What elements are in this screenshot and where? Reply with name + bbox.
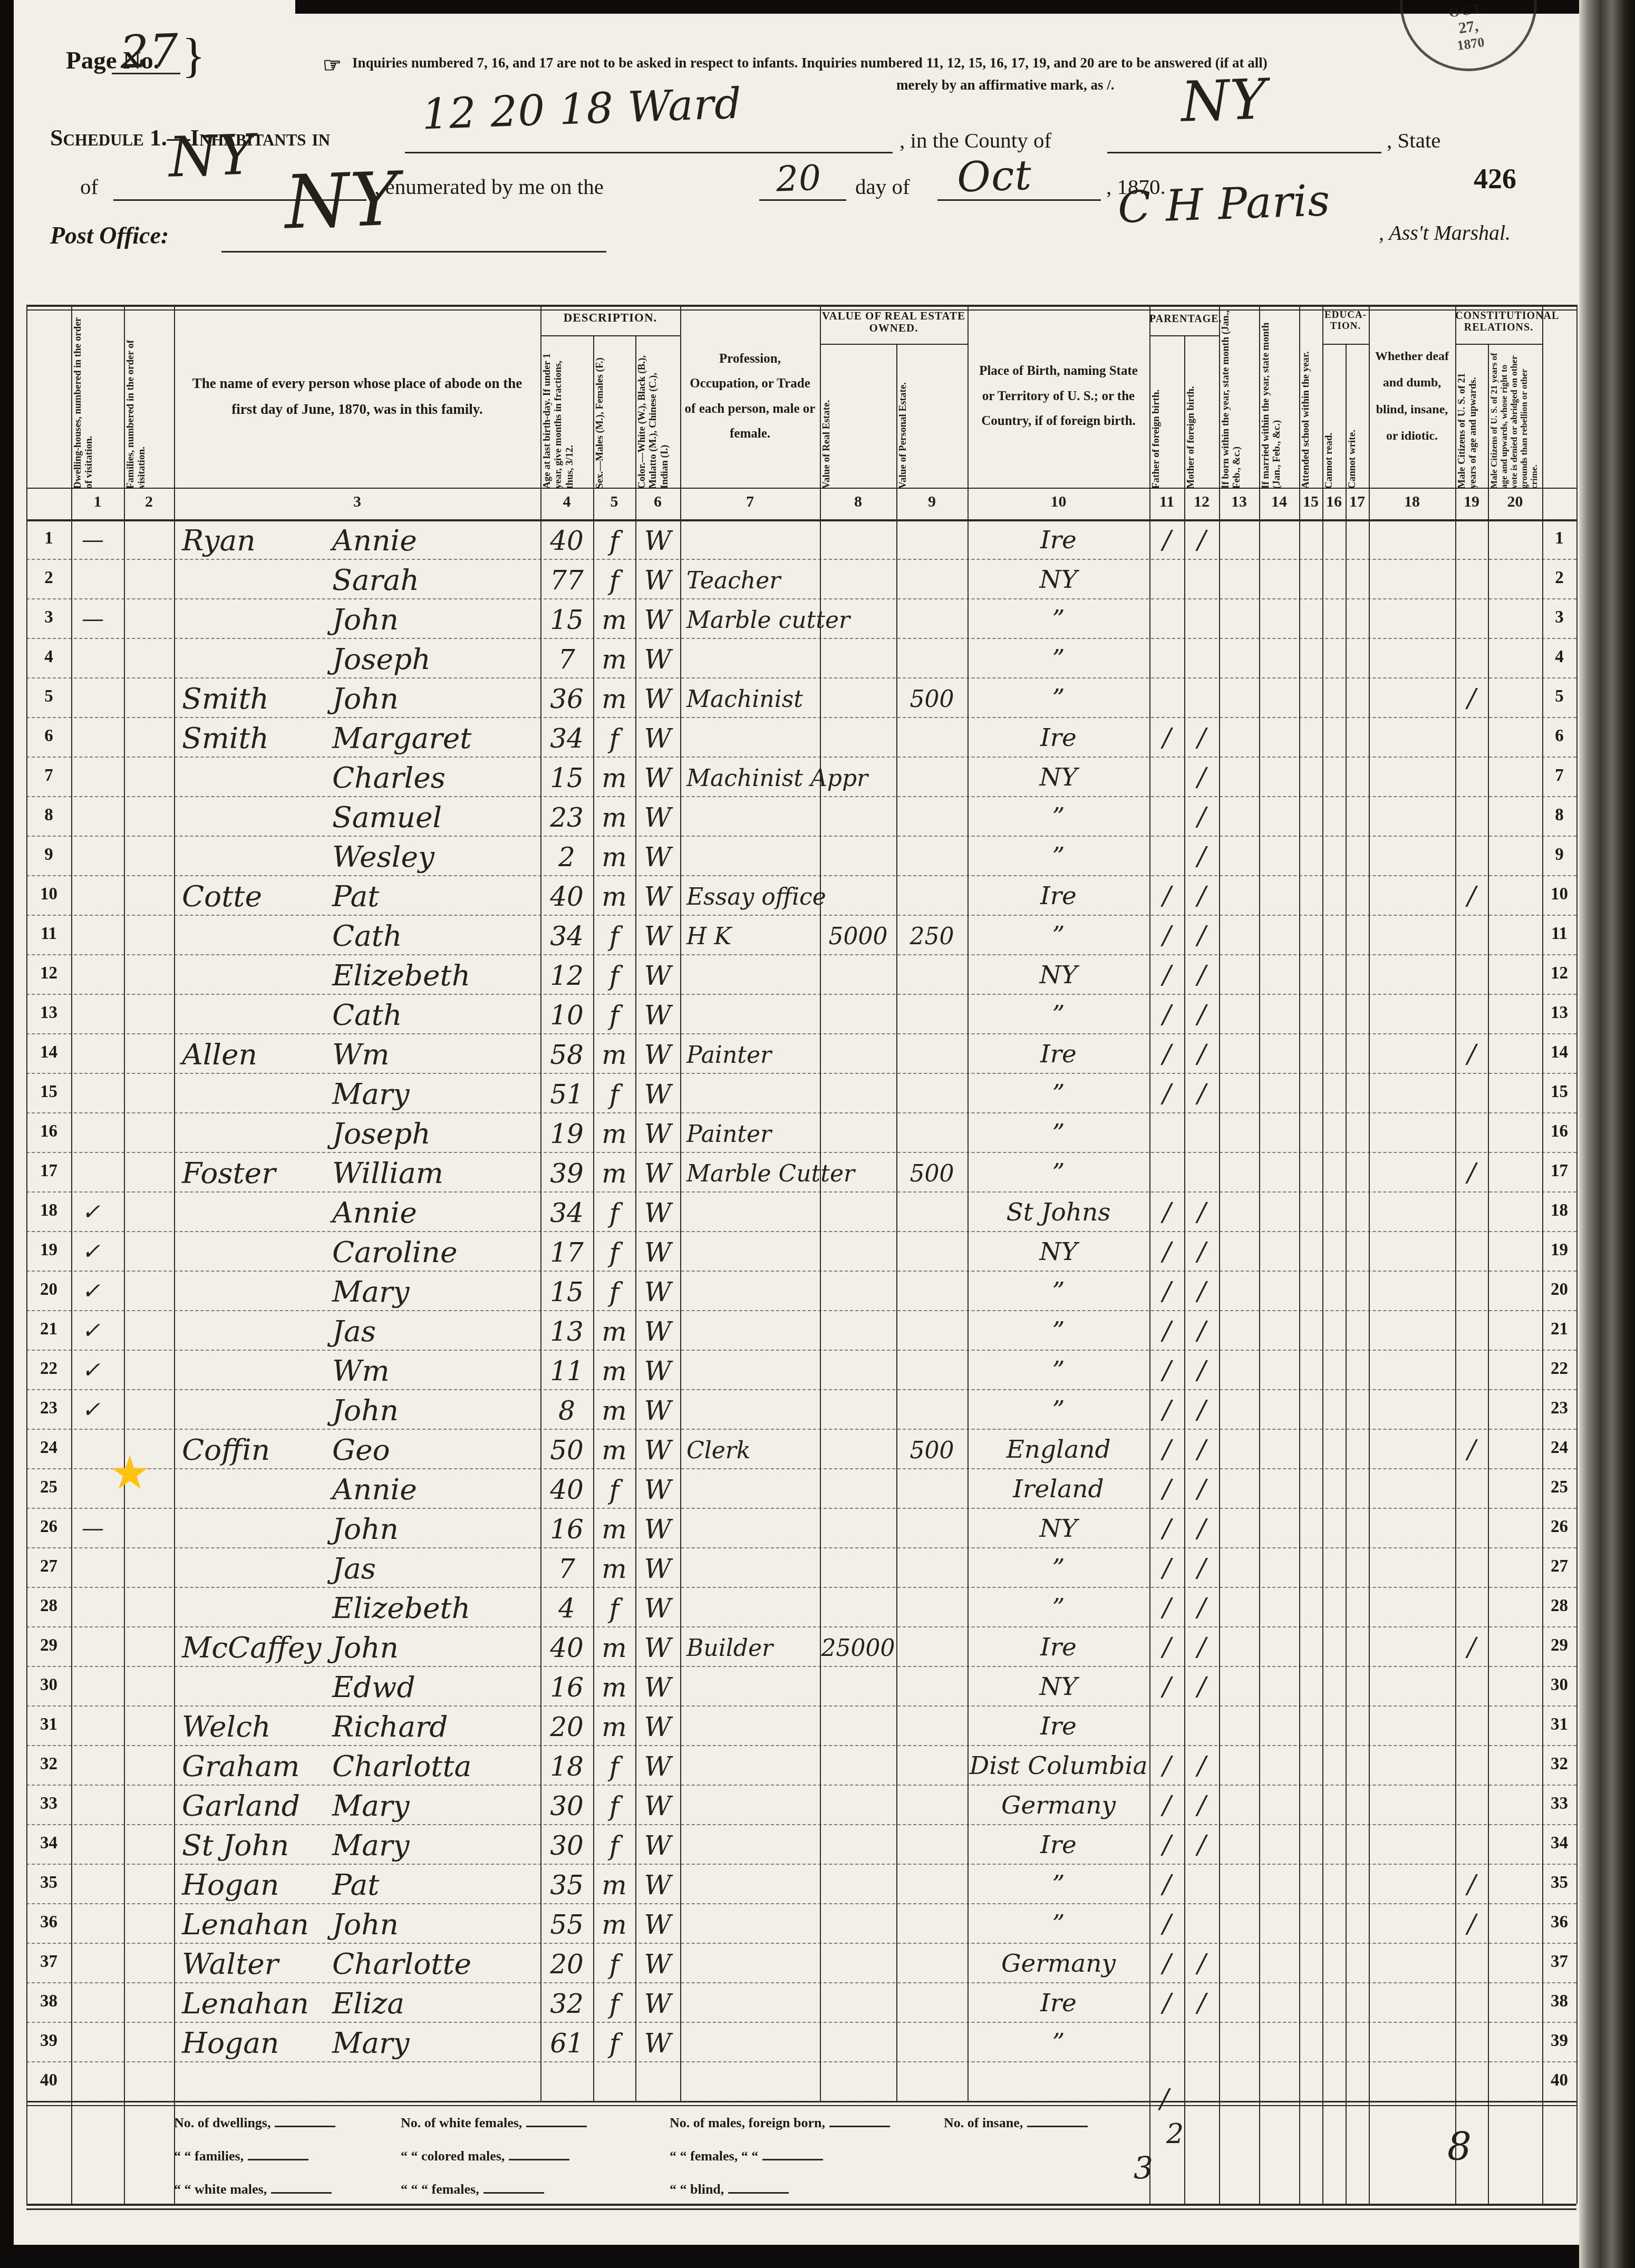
column-header-20: Male Citizens of U. S. of 21 years of ag… [1489, 348, 1541, 492]
cell-sex: f [593, 1949, 635, 1980]
cell-age: 32 [540, 1989, 593, 2019]
cell-surname: Cotte [182, 879, 262, 913]
cell-father-foreign: / [1149, 1040, 1184, 1069]
cell-dwelling-mark: — [82, 606, 104, 632]
cell-father-foreign: / [1149, 1989, 1184, 2018]
tally-col11: 3 [1134, 2150, 1153, 2186]
cell-color: W [635, 1277, 680, 1307]
table-row [0, 954, 1576, 994]
footer-label: No. of males, foreign born, [670, 2115, 890, 2131]
cell-father-foreign: / [1149, 1079, 1184, 1109]
cell-birthplace: Germany [968, 1949, 1149, 1978]
cell-father-foreign: / [1149, 526, 1184, 555]
cell-given-name: Cath [332, 919, 402, 953]
cell-mother-foreign: / [1184, 802, 1219, 832]
cell-color: W [635, 1316, 680, 1347]
cell-given-name: Joseph [332, 1117, 431, 1150]
cell-father-foreign: / [1149, 961, 1184, 990]
cell-age: 7 [540, 644, 593, 675]
cell-father-foreign: / [1149, 1316, 1184, 1346]
cell-mother-foreign: / [1184, 526, 1219, 555]
cell-given-name: Mary [332, 1275, 409, 1309]
cell-father-foreign: / [1149, 723, 1184, 753]
cell-father-foreign: / [1149, 1475, 1184, 1504]
cell-mother-foreign: / [1184, 921, 1219, 951]
census-page: OCT 27, 1870 Page No. 27 } ☞ Inquiries n… [0, 0, 1635, 2268]
table-row [0, 1547, 1576, 1587]
cell-age: 7 [540, 1554, 593, 1584]
cell-color: W [635, 1949, 680, 1980]
cell-father-foreign: / [1149, 1593, 1184, 1623]
cell-age: 23 [540, 802, 593, 833]
cell-dwelling-mark: ✓ [82, 1278, 100, 1304]
cell-given-name: Pat [332, 1868, 379, 1902]
table-row [0, 1468, 1576, 1508]
cell-surname: Lenahan [182, 1907, 309, 1941]
cell-age: 20 [540, 1712, 593, 1742]
cell-given-name: John [332, 1907, 399, 1941]
cell-birthplace: NY [968, 961, 1149, 990]
cell-color: W [635, 1989, 680, 2019]
group-rule-1 [820, 344, 968, 345]
table-row [0, 796, 1576, 836]
cell-occupation: Essay office [686, 884, 826, 910]
column-number-13: 13 [1219, 493, 1259, 511]
cell-dwelling-mark: ✓ [82, 1397, 100, 1422]
cell-given-name: Geo [332, 1433, 390, 1467]
cell-color: W [635, 1712, 680, 1742]
group-rule-0 [540, 335, 680, 336]
cell-sex: m [593, 842, 635, 873]
cell-color: W [635, 1000, 680, 1031]
cell-color: W [635, 763, 680, 793]
cell-mother-foreign: / [1184, 1830, 1219, 1860]
column-number-15: 15 [1299, 493, 1322, 511]
cell-color: W [635, 802, 680, 833]
cell-mother-foreign: / [1184, 1554, 1219, 1583]
cell-mother-foreign: / [1184, 1040, 1219, 1069]
footer-blank [829, 2115, 890, 2127]
cell-sex: f [593, 1751, 635, 1782]
footer-blank [526, 2115, 587, 2127]
group-parentage: PARENTAGE. [1149, 313, 1219, 325]
cell-birthplace: Dist Columbia [968, 1751, 1149, 1780]
cell-birthplace: Ire [968, 1712, 1149, 1741]
cell-color: W [635, 1514, 680, 1545]
cell-sex: f [593, 2028, 635, 2059]
cell-age: 55 [540, 1910, 593, 1940]
cell-personal-estate: 500 [896, 1437, 968, 1464]
column-header-16: Cannot read. [1323, 348, 1344, 492]
cell-surname: Smith [182, 721, 269, 755]
cell-given-name: Elizebeth [332, 1591, 470, 1625]
tally-col12: 2 [1166, 2118, 1184, 2150]
cell-father-foreign: / [1149, 1356, 1184, 1385]
cell-age: 13 [540, 1316, 593, 1347]
cell-male-citizen: / [1455, 1040, 1488, 1069]
cell-age: 8 [540, 1395, 593, 1426]
cell-mother-foreign: / [1184, 881, 1219, 911]
footer-label: “ “ families, [174, 2148, 308, 2164]
cell-mother-foreign: / [1184, 1593, 1219, 1623]
cell-color: W [635, 921, 680, 952]
cell-sex: m [593, 1910, 635, 1940]
cell-dwelling-mark: ✓ [82, 1199, 100, 1225]
group-rule-3 [1322, 344, 1369, 345]
cell-sex: f [593, 1237, 635, 1268]
cell-color: W [635, 1158, 680, 1189]
cell-father-foreign: / [1149, 1277, 1184, 1306]
cell-birthplace: ” [968, 1910, 1149, 1939]
footer-blank [271, 2182, 332, 2194]
cell-sex: m [593, 1356, 635, 1387]
cell-given-name: Margaret [332, 721, 471, 755]
cell-dwelling-mark: — [82, 527, 104, 553]
cell-given-name: Wesley [332, 840, 434, 874]
post-office-label: Post Office: [50, 221, 169, 249]
cell-given-name: Caroline [332, 1235, 457, 1269]
column-number-14: 14 [1259, 493, 1299, 511]
cell-birthplace: Ire [968, 1830, 1149, 1859]
table-row [0, 1666, 1576, 1705]
cell-sex: f [593, 1000, 635, 1031]
column-header-18: Whether deaf and dumb, blind, insane, or… [1372, 305, 1452, 488]
cell-age: 58 [540, 1040, 593, 1070]
cell-given-name: Jas [332, 1314, 376, 1348]
cell-sex: m [593, 1672, 635, 1703]
cell-sex: m [593, 763, 635, 793]
cell-age: 20 [540, 1949, 593, 1980]
column-header-7: Profession, Occupation, or Trade of each… [684, 305, 816, 488]
cell-surname: Coffin [182, 1433, 270, 1467]
footer-blank [483, 2182, 544, 2194]
cell-father-foreign: / [1149, 1910, 1184, 1939]
cell-given-name: Richard [332, 1710, 448, 1743]
cell-color: W [635, 565, 680, 596]
cell-age: 17 [540, 1237, 593, 1268]
cell-sex: m [593, 644, 635, 675]
page-no-value: 27 [119, 24, 180, 79]
column-number-7: 7 [680, 493, 820, 511]
cell-mother-foreign: / [1184, 1000, 1219, 1030]
cell-age: 50 [540, 1435, 593, 1466]
day-label: day of [855, 174, 910, 199]
cell-given-name: Annie [332, 1196, 417, 1229]
cell-mother-foreign: / [1184, 1198, 1219, 1227]
column-header-13: If born within the year, state month (Ja… [1220, 307, 1258, 492]
cell-surname: Welch [182, 1710, 270, 1743]
state-label: , State [1387, 128, 1440, 153]
cell-given-name: Mary [332, 1789, 409, 1823]
group-description: DESCRIPTION. [540, 311, 680, 324]
cell-age: 4 [540, 1593, 593, 1624]
cell-age: 12 [540, 961, 593, 991]
column-number-6: 6 [635, 493, 680, 511]
cell-surname: Hogan [182, 1868, 279, 1902]
cell-sex: m [593, 1633, 635, 1663]
cell-given-name: John [332, 1512, 399, 1546]
table-row [0, 638, 1576, 677]
footer-blank [1027, 2115, 1088, 2127]
instructions-line1: Inquiries numbered 7, 16, and 17 are not… [352, 55, 1268, 71]
cell-age: 40 [540, 1633, 593, 1663]
cell-birthplace: NY [968, 1514, 1149, 1543]
cell-age: 30 [540, 1791, 593, 1821]
column-header-14: If married within the year, state month … [1260, 307, 1298, 492]
cell-age: 15 [540, 605, 593, 635]
cell-dwelling-mark: ✓ [82, 1357, 100, 1383]
ward-underline [405, 152, 893, 153]
cell-given-name: Samuel [332, 800, 442, 834]
cell-age: 10 [540, 1000, 593, 1031]
cell-sex: f [593, 1475, 635, 1505]
column-header-11: Father of foreign birth. [1150, 340, 1183, 492]
footer-blank [248, 2148, 308, 2160]
cell-color: W [635, 2028, 680, 2059]
table-row [0, 1587, 1576, 1626]
of-label: of [80, 174, 98, 199]
cell-mother-foreign: / [1184, 1514, 1219, 1544]
cell-birthplace: ” [968, 1158, 1149, 1187]
column-number-8: 8 [820, 493, 896, 511]
cell-father-foreign: / [1149, 1554, 1184, 1583]
cell-age: 30 [540, 1830, 593, 1861]
month-underline [937, 199, 1101, 201]
county-underline [1107, 152, 1381, 153]
column-header-15: Attended school within the year. [1300, 307, 1321, 492]
cell-given-name: Edwd [332, 1670, 415, 1704]
group-rule-2 [1149, 335, 1219, 336]
post-office-underline [221, 251, 606, 253]
column-number-5: 5 [593, 493, 635, 511]
cell-color: W [635, 1119, 680, 1149]
cell-color: W [635, 1672, 680, 1703]
cell-mother-foreign: / [1184, 723, 1219, 753]
cell-color: W [635, 842, 680, 873]
cell-male-citizen: / [1455, 881, 1488, 911]
column-number-11: 11 [1149, 493, 1184, 511]
column-header-8: Value of Real Estate. [821, 348, 895, 492]
cell-sex: m [593, 1554, 635, 1584]
cell-sex: f [593, 1277, 635, 1307]
brace: } [182, 27, 205, 83]
day-underline [759, 199, 846, 201]
cell-birthplace: ” [968, 802, 1149, 831]
footer-label: No. of white females, [401, 2115, 587, 2131]
cell-male-citizen: / [1455, 1870, 1488, 1899]
month-value: Oct [956, 152, 1032, 202]
cell-given-name: Sarah [332, 563, 419, 597]
cell-birthplace: ” [968, 1119, 1149, 1148]
cell-mother-foreign: / [1184, 1079, 1219, 1109]
cell-sex: f [593, 1593, 635, 1624]
column-number-19: 19 [1455, 493, 1488, 511]
cell-father-foreign: / [1149, 1751, 1184, 1781]
cell-color: W [635, 961, 680, 991]
cell-age: 61 [540, 2028, 593, 2059]
cell-occupation: Marble cutter [686, 607, 850, 634]
cell-color: W [635, 1633, 680, 1663]
cell-birthplace: Ire [968, 1989, 1149, 2018]
cell-occupation: Teacher [686, 567, 780, 594]
cell-surname: Walter [182, 1947, 278, 1981]
county-label: , in the County of [899, 128, 1051, 153]
cell-sex: f [593, 1830, 635, 1861]
footer-label: No. of dwellings, [174, 2115, 335, 2131]
table-row [0, 1310, 1576, 1350]
cell-age: 39 [540, 1158, 593, 1189]
group-rule-4 [1455, 344, 1542, 345]
cell-color: W [635, 1751, 680, 1782]
cell-color: W [635, 1435, 680, 1466]
cell-age: 34 [540, 723, 593, 754]
cell-given-name: Eliza [332, 1986, 404, 2020]
cell-age: 2 [540, 842, 593, 873]
cell-birthplace: ” [968, 1277, 1149, 1306]
cell-occupation: Painter [686, 1042, 771, 1069]
cell-sex: m [593, 1712, 635, 1742]
cell-father-foreign: / [1149, 1000, 1184, 1030]
cell-sex: m [593, 802, 635, 833]
group-value-owned: VALUE OF REAL ESTATE OWNED. [820, 310, 968, 334]
column-header-5: Sex.—Males (M.), Females (F.) [594, 340, 634, 492]
cell-surname: Lenahan [182, 1986, 309, 2020]
cell-mother-foreign: / [1184, 1633, 1219, 1662]
cell-mother-foreign: / [1184, 1356, 1219, 1385]
cell-occupation: Machinist [686, 686, 803, 713]
cell-color: W [635, 1791, 680, 1821]
cell-surname: McCaffey [182, 1631, 322, 1664]
cell-dwelling-mark: ✓ [82, 1317, 100, 1343]
book-binding-edge [1579, 0, 1635, 2268]
cell-color: W [635, 684, 680, 714]
cell-mother-foreign: / [1184, 1751, 1219, 1781]
county-value: NY [1180, 67, 1268, 134]
cell-occupation: H K [686, 923, 731, 950]
cell-color: W [635, 605, 680, 635]
cell-age: 51 [540, 1079, 593, 1110]
cell-sex: f [593, 961, 635, 991]
cell-birthplace: ” [968, 1000, 1149, 1029]
footer-blank [275, 2115, 335, 2127]
column-header-10: Place of Birth, naming State or Territor… [973, 305, 1144, 488]
cell-age: 34 [540, 1198, 593, 1228]
cell-sex: f [593, 1989, 635, 2019]
cell-given-name: William [332, 1156, 443, 1190]
column-number-18: 18 [1369, 493, 1455, 511]
cell-mother-foreign: / [1184, 1435, 1219, 1465]
cell-age: 18 [540, 1751, 593, 1782]
cell-birthplace: ” [968, 1870, 1149, 1899]
pointer-hand-icon: ☞ [323, 53, 342, 77]
cell-birthplace: ” [968, 1395, 1149, 1424]
cell-sex: f [593, 921, 635, 952]
cell-given-name: John [332, 603, 399, 636]
column-header-1: Dwelling-houses, numbered in the order o… [72, 307, 123, 492]
cell-color: W [635, 1395, 680, 1426]
cell-dwelling-mark: — [82, 1515, 104, 1541]
tally-slash: / [1160, 2083, 1169, 2114]
cell-given-name: John [332, 1393, 399, 1427]
cell-sex: m [593, 1514, 635, 1545]
cell-sex: f [593, 565, 635, 596]
instructions-line2: merely by an affirmative mark, as /. [896, 77, 1114, 93]
table-row [0, 1191, 1576, 1231]
cell-birthplace: England [968, 1435, 1149, 1464]
cell-age: 16 [540, 1672, 593, 1703]
cell-color: W [635, 1040, 680, 1070]
cell-given-name: Joseph [332, 642, 431, 676]
cell-mother-foreign: / [1184, 763, 1219, 792]
table-row [0, 1231, 1576, 1271]
column-header-6: Color.—White (W.), Black (B.), Mulatto (… [636, 340, 679, 492]
cell-surname: Garland [182, 1789, 300, 1823]
cell-mother-foreign: / [1184, 1277, 1219, 1306]
table-row [0, 1271, 1576, 1310]
cell-age: 19 [540, 1119, 593, 1149]
cell-age: 34 [540, 921, 593, 952]
cell-father-foreign: / [1149, 881, 1184, 911]
cell-color: W [635, 1237, 680, 1268]
cell-real-estate: 25000 [820, 1635, 896, 1662]
group-constitutional: CONSTITUTIONAL RELATIONS. [1455, 310, 1542, 333]
day-value: 20 [776, 158, 823, 200]
cell-male-citizen: / [1455, 684, 1488, 713]
tally-col19: 8 [1447, 2125, 1472, 2169]
scan-border-bottom [0, 2245, 1635, 2268]
cell-sex: f [593, 723, 635, 754]
cell-sex: m [593, 1435, 635, 1466]
cell-given-name: Cath [332, 998, 402, 1032]
cell-father-foreign: / [1149, 1237, 1184, 1267]
cell-sex: f [593, 1198, 635, 1228]
footer-label: “ “ females, “ “ [670, 2148, 823, 2164]
footer-blank [509, 2148, 569, 2160]
cell-mother-foreign: / [1184, 961, 1219, 990]
cell-sex: m [593, 1870, 635, 1901]
cell-age: 16 [540, 1514, 593, 1545]
cell-age: 77 [540, 565, 593, 596]
cell-birthplace: Ire [968, 526, 1149, 555]
cell-sex: m [593, 1119, 635, 1149]
table-row [0, 836, 1576, 875]
cell-color: W [635, 1870, 680, 1901]
cell-birthplace: NY [968, 763, 1149, 792]
cell-given-name: Annie [332, 524, 417, 557]
cell-birthplace: ” [968, 1356, 1149, 1385]
cell-birthplace: NY [968, 1672, 1149, 1701]
cell-birthplace: Ire [968, 1633, 1149, 1662]
cell-sex: m [593, 1040, 635, 1070]
column-header-12: Mother of foreign birth. [1185, 340, 1218, 492]
cell-color: W [635, 1593, 680, 1624]
cell-sex: m [593, 684, 635, 714]
cell-birthplace: ” [968, 644, 1149, 673]
footer-label: “ “ blind, [670, 2182, 789, 2197]
cell-age: 11 [540, 1356, 593, 1387]
table-rule-6 [26, 2204, 1576, 2206]
cell-birthplace: ” [968, 921, 1149, 950]
cell-given-name: John [332, 1631, 399, 1664]
cell-birthplace: Ire [968, 1040, 1149, 1069]
table-row [0, 1112, 1576, 1152]
cell-mother-foreign: / [1184, 1316, 1219, 1346]
table-rule-5 [26, 2105, 1576, 2106]
cell-birthplace: ” [968, 2028, 1149, 2057]
cell-father-foreign: / [1149, 1791, 1184, 1820]
cell-surname: Hogan [182, 2026, 279, 2060]
cell-father-foreign: / [1149, 1435, 1184, 1465]
